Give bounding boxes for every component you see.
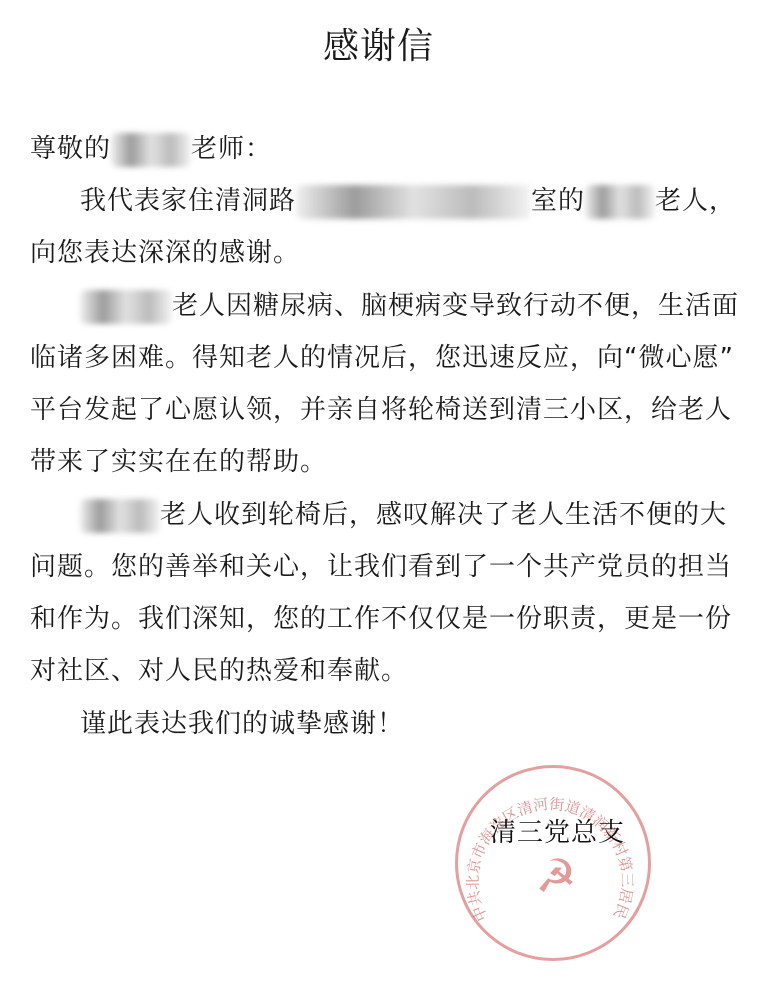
- salutation-suffix: 老师：: [191, 134, 272, 164]
- redacted-name: [80, 290, 172, 324]
- p3-line3: 和作为。我们深知，您的工作不仅仅是一份职责，更是一份: [30, 598, 732, 635]
- redacted-name: [80, 499, 160, 533]
- redacted-address: [296, 185, 531, 219]
- p3-line4: 对社区、对人民的热爱和奉献。: [30, 650, 408, 687]
- p2-line3: 平台发起了心愿认领，并亲自将轮椅送到清三小区，给老人: [30, 389, 732, 426]
- official-stamp: 中共北京市海淀区清河街道清润新村第三居民区总支部委员会 ☭: [455, 765, 651, 961]
- p2-line4: 带来了实实在在的帮助。: [30, 441, 327, 478]
- p1-text-b: 室的: [531, 186, 585, 216]
- p1-line1: 我代表家住清洞路室的老人，: [80, 180, 736, 219]
- p1-text-a: 我代表家住清洞路: [80, 186, 296, 216]
- p2-line1: 老人因糖尿病、脑梗病变导致行动不便，生活面: [80, 285, 739, 324]
- redacted-name: [585, 185, 655, 219]
- p3-line2: 问题。您的善举和关心，让我们看到了一个共产党员的担当: [30, 546, 732, 583]
- signature: 清三党总支: [490, 812, 625, 849]
- p2-line2: 临诸多困难。得知老人的情况后，您迅速反应，向“微心愿”: [30, 337, 734, 374]
- p1-line2: 向您表达深深的感谢。: [30, 232, 300, 269]
- p2-text: 老人因糖尿病、脑梗病变导致行动不便，生活面: [172, 291, 739, 321]
- salutation-prefix: 尊敬的: [30, 134, 111, 164]
- salutation: 尊敬的老师：: [30, 128, 272, 167]
- redacted-name: [111, 133, 191, 167]
- p1-text-c: 老人，: [655, 186, 736, 216]
- p3-text: 老人收到轮椅后，感叹解决了老人生活不便的大: [160, 500, 727, 530]
- hammer-and-sickle-icon: ☭: [528, 848, 584, 904]
- letter-title: 感谢信: [0, 18, 757, 69]
- p3-line1: 老人收到轮椅后，感叹解决了老人生活不便的大: [80, 494, 727, 533]
- closing: 谨此表达我们的诚挚感谢！: [80, 703, 404, 740]
